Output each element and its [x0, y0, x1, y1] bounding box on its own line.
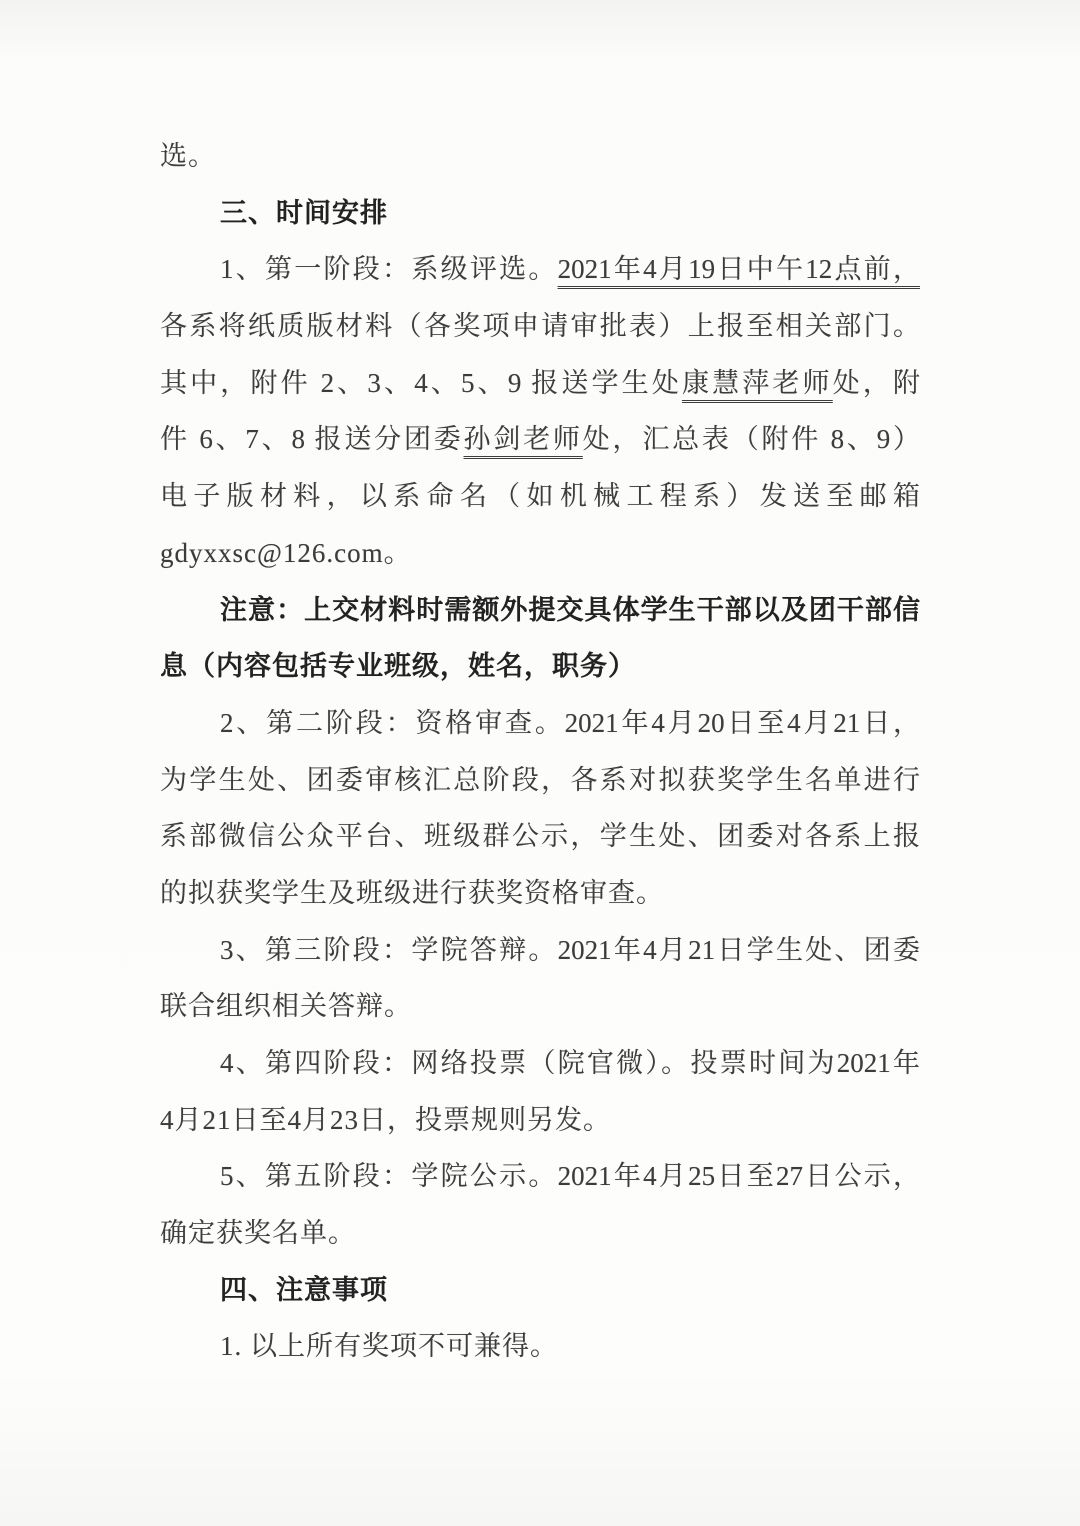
- doc-text: 的拟获奖学生及班级进行获奖资格审查。: [160, 878, 664, 908]
- document-body: 选。三、时间安排1、第一阶段：系级评选。2021年4月19日中午12点前，各系将…: [160, 128, 920, 1375]
- doc-line: 件 6、7、8 报送分团委孙剑老师处，汇总表（附件 8、9）: [160, 411, 920, 468]
- doc-line: 息（内容包括专业班级，姓名，职务）: [160, 638, 920, 695]
- doc-text: 处，汇总表（附件 8、9）: [583, 424, 920, 454]
- doc-line: 1、第一阶段：系级评选。2021年4月19日中午12点前，: [160, 241, 920, 298]
- doc-text: 电子版材料，以系命名（如机械工程系）发送至邮箱: [160, 481, 920, 511]
- doc-line: 选。: [160, 128, 920, 185]
- doc-line: 2、第二阶段：资格审查。2021年4月20日至4月21日，: [160, 695, 920, 752]
- doc-text: 息（内容包括专业班级，姓名，职务）: [160, 651, 636, 681]
- doc-text: 2、第二阶段：资格审查。2021年4月20日至4月21日，: [220, 708, 920, 738]
- doc-text: 选。: [160, 141, 216, 171]
- document-page: 选。三、时间安排1、第一阶段：系级评选。2021年4月19日中午12点前，各系将…: [0, 0, 1080, 1526]
- doc-text: 联合组织相关答辩。: [160, 991, 412, 1021]
- underlined-text: 孙剑老师: [464, 424, 583, 454]
- doc-text: 1. 以上所有奖项不可兼得。: [220, 1331, 558, 1361]
- doc-text: 4、第四阶段：网络投票（院官微）。投票时间为2021年: [220, 1048, 920, 1078]
- doc-text: 4月21日至4月23日，投票规则另发。: [160, 1105, 611, 1135]
- doc-line: 三、时间安排: [160, 185, 920, 242]
- doc-line: 电子版材料，以系命名（如机械工程系）发送至邮箱: [160, 468, 920, 525]
- doc-line: 四、注意事项: [160, 1262, 920, 1319]
- doc-line: 各系将纸质版材料（各奖项申请审批表）上报至相关部门。: [160, 298, 920, 355]
- doc-text: 为学生处、团委审核汇总阶段，各系对拟获奖学生名单进行: [160, 765, 920, 795]
- doc-line: gdyxxsc@126.com。: [160, 525, 920, 582]
- doc-text: 注意：上交材料时需额外提交具体学生干部以及团干部信: [220, 595, 920, 625]
- doc-line: 1. 以上所有奖项不可兼得。: [160, 1318, 920, 1375]
- doc-text: 其中，附件 2、3、4、5、9 报送学生处: [160, 368, 682, 398]
- doc-text: 四、注意事项: [220, 1275, 388, 1305]
- doc-text: 件 6、7、8 报送分团委: [160, 424, 464, 454]
- doc-text: gdyxxsc@126.com。: [160, 538, 412, 568]
- doc-text: 处，附: [833, 368, 920, 398]
- doc-line: 4月21日至4月23日，投票规则另发。: [160, 1092, 920, 1149]
- doc-text: 确定获奖名单。: [160, 1218, 356, 1248]
- underlined-text: 2021年4月19日中午12点前，: [558, 254, 920, 284]
- doc-text: 5、第五阶段：学院公示。2021年4月25日至27日公示，: [220, 1161, 920, 1191]
- doc-line: 5、第五阶段：学院公示。2021年4月25日至27日公示，: [160, 1148, 920, 1205]
- doc-text: 三、时间安排: [220, 198, 388, 228]
- doc-line: 为学生处、团委审核汇总阶段，各系对拟获奖学生名单进行: [160, 752, 920, 809]
- doc-line: 其中，附件 2、3、4、5、9 报送学生处康慧萍老师处，附: [160, 355, 920, 412]
- doc-text: 各系将纸质版材料（各奖项申请审批表）上报至相关部门。: [160, 311, 920, 341]
- doc-line: 注意：上交材料时需额外提交具体学生干部以及团干部信: [160, 582, 920, 639]
- doc-text: 系部微信公众平台、班级群公示，学生处、团委对各系上报: [160, 821, 920, 851]
- doc-line: 系部微信公众平台、班级群公示，学生处、团委对各系上报: [160, 808, 920, 865]
- doc-line: 的拟获奖学生及班级进行获奖资格审查。: [160, 865, 920, 922]
- underlined-text: 康慧萍老师: [682, 368, 833, 398]
- doc-line: 确定获奖名单。: [160, 1205, 920, 1262]
- doc-line: 4、第四阶段：网络投票（院官微）。投票时间为2021年: [160, 1035, 920, 1092]
- doc-line: 3、第三阶段：学院答辩。2021年4月21日学生处、团委: [160, 922, 920, 979]
- doc-text: 3、第三阶段：学院答辩。2021年4月21日学生处、团委: [220, 935, 920, 965]
- doc-line: 联合组织相关答辩。: [160, 978, 920, 1035]
- doc-text: 1、第一阶段：系级评选。: [220, 254, 558, 284]
